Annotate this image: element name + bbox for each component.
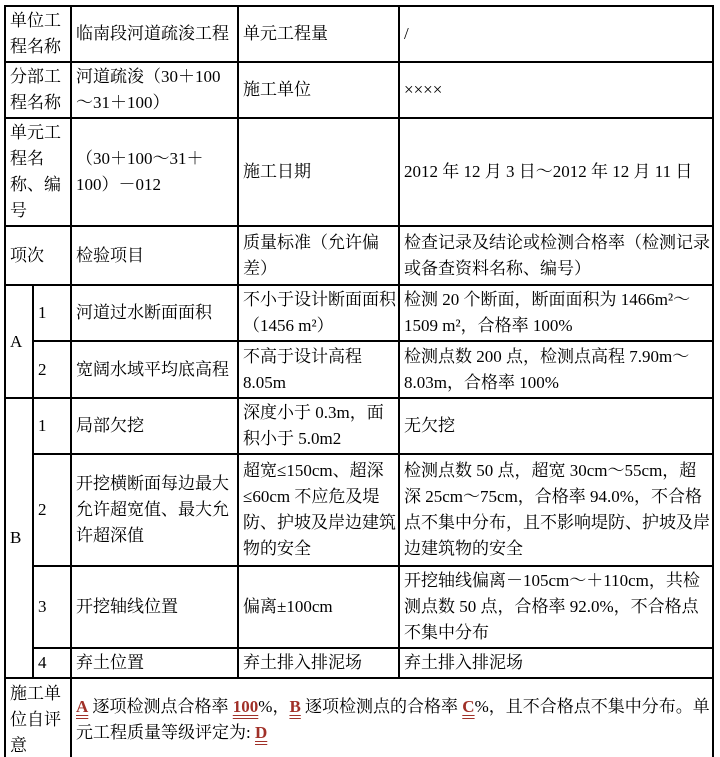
row-a1-standard: 不小于设计断面面积（1456 m²）: [238, 285, 399, 341]
eval-text-3: %，: [258, 697, 289, 716]
row-b3-no: 3: [33, 566, 71, 648]
record-header: 检查记录及结论或检测合格率（检测记录或备查资料名称、编号）: [399, 226, 713, 285]
unit-work-name-number-label: 单元工程名称、编号: [5, 118, 71, 226]
row-b4-no: 4: [33, 648, 71, 678]
row-a1-item: 河道过水断面面积: [71, 285, 238, 341]
row-a2-item: 宽阔水域平均底高程: [71, 341, 238, 398]
self-evaluation-label: 施工单位自评意: [5, 678, 71, 757]
unit-quantity-label: 单元工程量: [238, 6, 399, 62]
inspection-item-header: 检验项目: [71, 226, 238, 285]
division-project-row: 分部工程名称 河道疏浚（30＋100～31＋100） 施工单位 ××××: [5, 62, 713, 118]
row-b1-record: 无欠挖: [399, 398, 713, 454]
quality-inspection-table: 单位工程名称 临南段河道疏浚工程 单元工程量 / 分部工程名称 河道疏浚（30＋…: [4, 5, 714, 757]
unit-work-name-number-value: （30＋100～31＋100）－012: [71, 118, 238, 226]
row-b2-no: 2: [33, 454, 71, 566]
row-b2-standard: 超宽≤150cm、超深≤60cm 不应危及堤防、护坡及岸边建筑物的安全: [238, 454, 399, 566]
item-no-header: 项次: [5, 226, 71, 285]
eval-pass-rate-b: C: [462, 697, 474, 716]
table-row-b4: 4 弃土位置 弃土排入排泥场 弃土排入排泥场: [5, 648, 713, 678]
row-a2-no: 2: [33, 341, 71, 398]
row-b3-standard: 偏离±100cm: [238, 566, 399, 648]
row-b1-no: 1: [33, 398, 71, 454]
eval-text-5: 逐项检测点的合格率: [301, 697, 463, 716]
eval-grade-b: B: [289, 697, 300, 716]
row-b3-item: 开挖轴线位置: [71, 566, 238, 648]
row-a2-standard: 不高于设计高程 8.05m: [238, 341, 399, 398]
unit-work-number-row: 单元工程名称、编号 （30＋100～31＋100）－012 施工日期 2012 …: [5, 118, 713, 226]
row-b4-standard: 弃土排入排泥场: [238, 648, 399, 678]
row-b4-record: 弃土排入排泥场: [399, 648, 713, 678]
row-b4-item: 弃土位置: [71, 648, 238, 678]
group-b-label: B: [5, 398, 33, 678]
eval-final-grade: D: [255, 723, 267, 742]
column-header-row: 项次 检验项目 质量标准（允许偏差） 检查记录及结论或检测合格率（检测记录或备查…: [5, 226, 713, 285]
table-row-b3: 3 开挖轴线位置 偏离±100cm 开挖轴线偏离－105cm～＋110cm，共检…: [5, 566, 713, 648]
self-evaluation-row: 施工单位自评意 A 逐项检测点合格率 100%，B 逐项检测点的合格率 C%，且…: [5, 678, 713, 757]
row-b2-record: 检测点数 50 点，超宽 30cm～55cm，超深 25cm～75cm，合格率 …: [399, 454, 713, 566]
eval-pass-rate-a: 100: [233, 697, 259, 716]
self-evaluation-text: A 逐项检测点合格率 100%，B 逐项检测点的合格率 C%，且不合格点不集中分…: [71, 678, 713, 757]
row-b1-item: 局部欠挖: [71, 398, 238, 454]
division-project-name-value: 河道疏浚（30＋100～31＋100）: [71, 62, 238, 118]
unit-quantity-value: /: [399, 6, 713, 62]
row-b1-standard: 深度小于 0.3m，面积小于 5.0m2: [238, 398, 399, 454]
row-b2-item: 开挖横断面每边最大允许超宽值、最大允许超深值: [71, 454, 238, 566]
unit-project-row: 单位工程名称 临南段河道疏浚工程 单元工程量 /: [5, 6, 713, 62]
construction-unit-label: 施工单位: [238, 62, 399, 118]
table-row-a2: 2 宽阔水域平均底高程 不高于设计高程 8.05m 检测点数 200 点，检测点…: [5, 341, 713, 398]
eval-grade-a: A: [76, 697, 88, 716]
table-row-b1: B 1 局部欠挖 深度小于 0.3m，面积小于 5.0m2 无欠挖: [5, 398, 713, 454]
row-a1-no: 1: [33, 285, 71, 341]
division-project-name-label: 分部工程名称: [5, 62, 71, 118]
unit-project-name-value: 临南段河道疏浚工程: [71, 6, 238, 62]
row-b3-record: 开挖轴线偏离－105cm～＋110cm，共检测点数 50 点，合格率 92.0%…: [399, 566, 713, 648]
construction-unit-value: ××××: [399, 62, 713, 118]
eval-text-1: 逐项检测点合格率: [88, 697, 233, 716]
construction-date-label: 施工日期: [238, 118, 399, 226]
table-row-b2: 2 开挖横断面每边最大允许超宽值、最大允许超深值 超宽≤150cm、超深≤60c…: [5, 454, 713, 566]
unit-project-name-label: 单位工程名称: [5, 6, 71, 62]
row-a1-record: 检测 20 个断面，断面面积为 1466m²～1509 m²，合格率 100%: [399, 285, 713, 341]
group-a-label: A: [5, 285, 33, 398]
table-row-a1: A 1 河道过水断面面积 不小于设计断面面积（1456 m²） 检测 20 个断…: [5, 285, 713, 341]
inspection-record-page: 单位工程名称 临南段河道疏浚工程 单元工程量 / 分部工程名称 河道疏浚（30＋…: [0, 0, 720, 757]
row-a2-record: 检测点数 200 点，检测点高程 7.90m～8.03m，合格率 100%: [399, 341, 713, 398]
construction-date-value: 2012 年 12 月 3 日～2012 年 12 月 11 日: [399, 118, 713, 226]
quality-standard-header: 质量标准（允许偏差）: [238, 226, 399, 285]
